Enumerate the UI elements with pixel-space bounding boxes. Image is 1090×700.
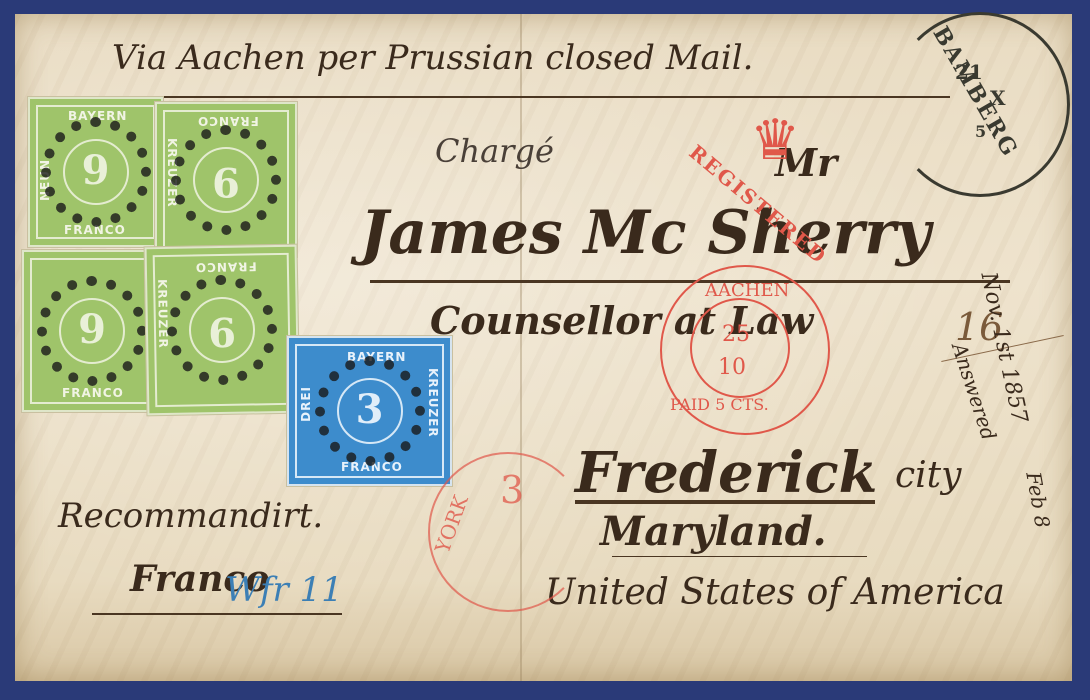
dotted-cancel-icon bbox=[171, 125, 281, 235]
dotted-cancel-icon bbox=[37, 276, 147, 386]
aachen-postmark-inner bbox=[690, 298, 790, 398]
city-underline bbox=[575, 500, 875, 504]
bamberg-month: X bbox=[990, 86, 1006, 110]
blue-pencil-note: Wfr 11 bbox=[225, 570, 343, 610]
aachen-month: 10 bbox=[718, 355, 746, 380]
aachen-postmark-top: AACHEN bbox=[705, 280, 789, 301]
crown-icon: ♛ bbox=[750, 108, 800, 173]
recipient-country: United States of America bbox=[545, 572, 1005, 613]
via-underline bbox=[95, 96, 950, 98]
stamp-9kr-4: FRANCO KREUZER 9 bbox=[145, 245, 300, 416]
dotted-cancel-icon bbox=[315, 356, 425, 466]
bamberg-hour: 5 bbox=[975, 122, 986, 141]
aachen-day: 25 bbox=[722, 322, 750, 347]
state-underline bbox=[612, 556, 867, 557]
stamp-3kr: BAYERN FRANCO DREI KREUZER 3 bbox=[287, 336, 452, 486]
via-line: Via Aachen per Prussian closed Mail. bbox=[112, 38, 753, 78]
recipient-city: Frederick bbox=[575, 440, 877, 506]
recipient-name: James Mc Sherry bbox=[360, 198, 931, 268]
aachen-postmark-bottom: PAID 5 CTS. bbox=[670, 395, 769, 414]
franco-strike bbox=[92, 613, 342, 615]
dotted-cancel-icon bbox=[41, 117, 151, 227]
bamberg-day: 21 bbox=[955, 60, 983, 84]
recipient-state: Maryland. bbox=[600, 508, 827, 555]
stamp-9kr-1: BAYERN FRANCO NEUN 9 bbox=[28, 97, 163, 247]
recommended-note: Recommandirt. bbox=[58, 496, 323, 536]
stamp-9kr-2: FRANCO KREUZER 9 bbox=[155, 102, 297, 257]
charge-note: Chargé bbox=[435, 132, 554, 170]
name-underline bbox=[370, 280, 1010, 283]
city-suffix: city bbox=[895, 455, 961, 496]
new-york-postmark-value: 3 bbox=[500, 468, 524, 512]
stamp-9kr-3: FRANCO 9 bbox=[22, 250, 162, 412]
